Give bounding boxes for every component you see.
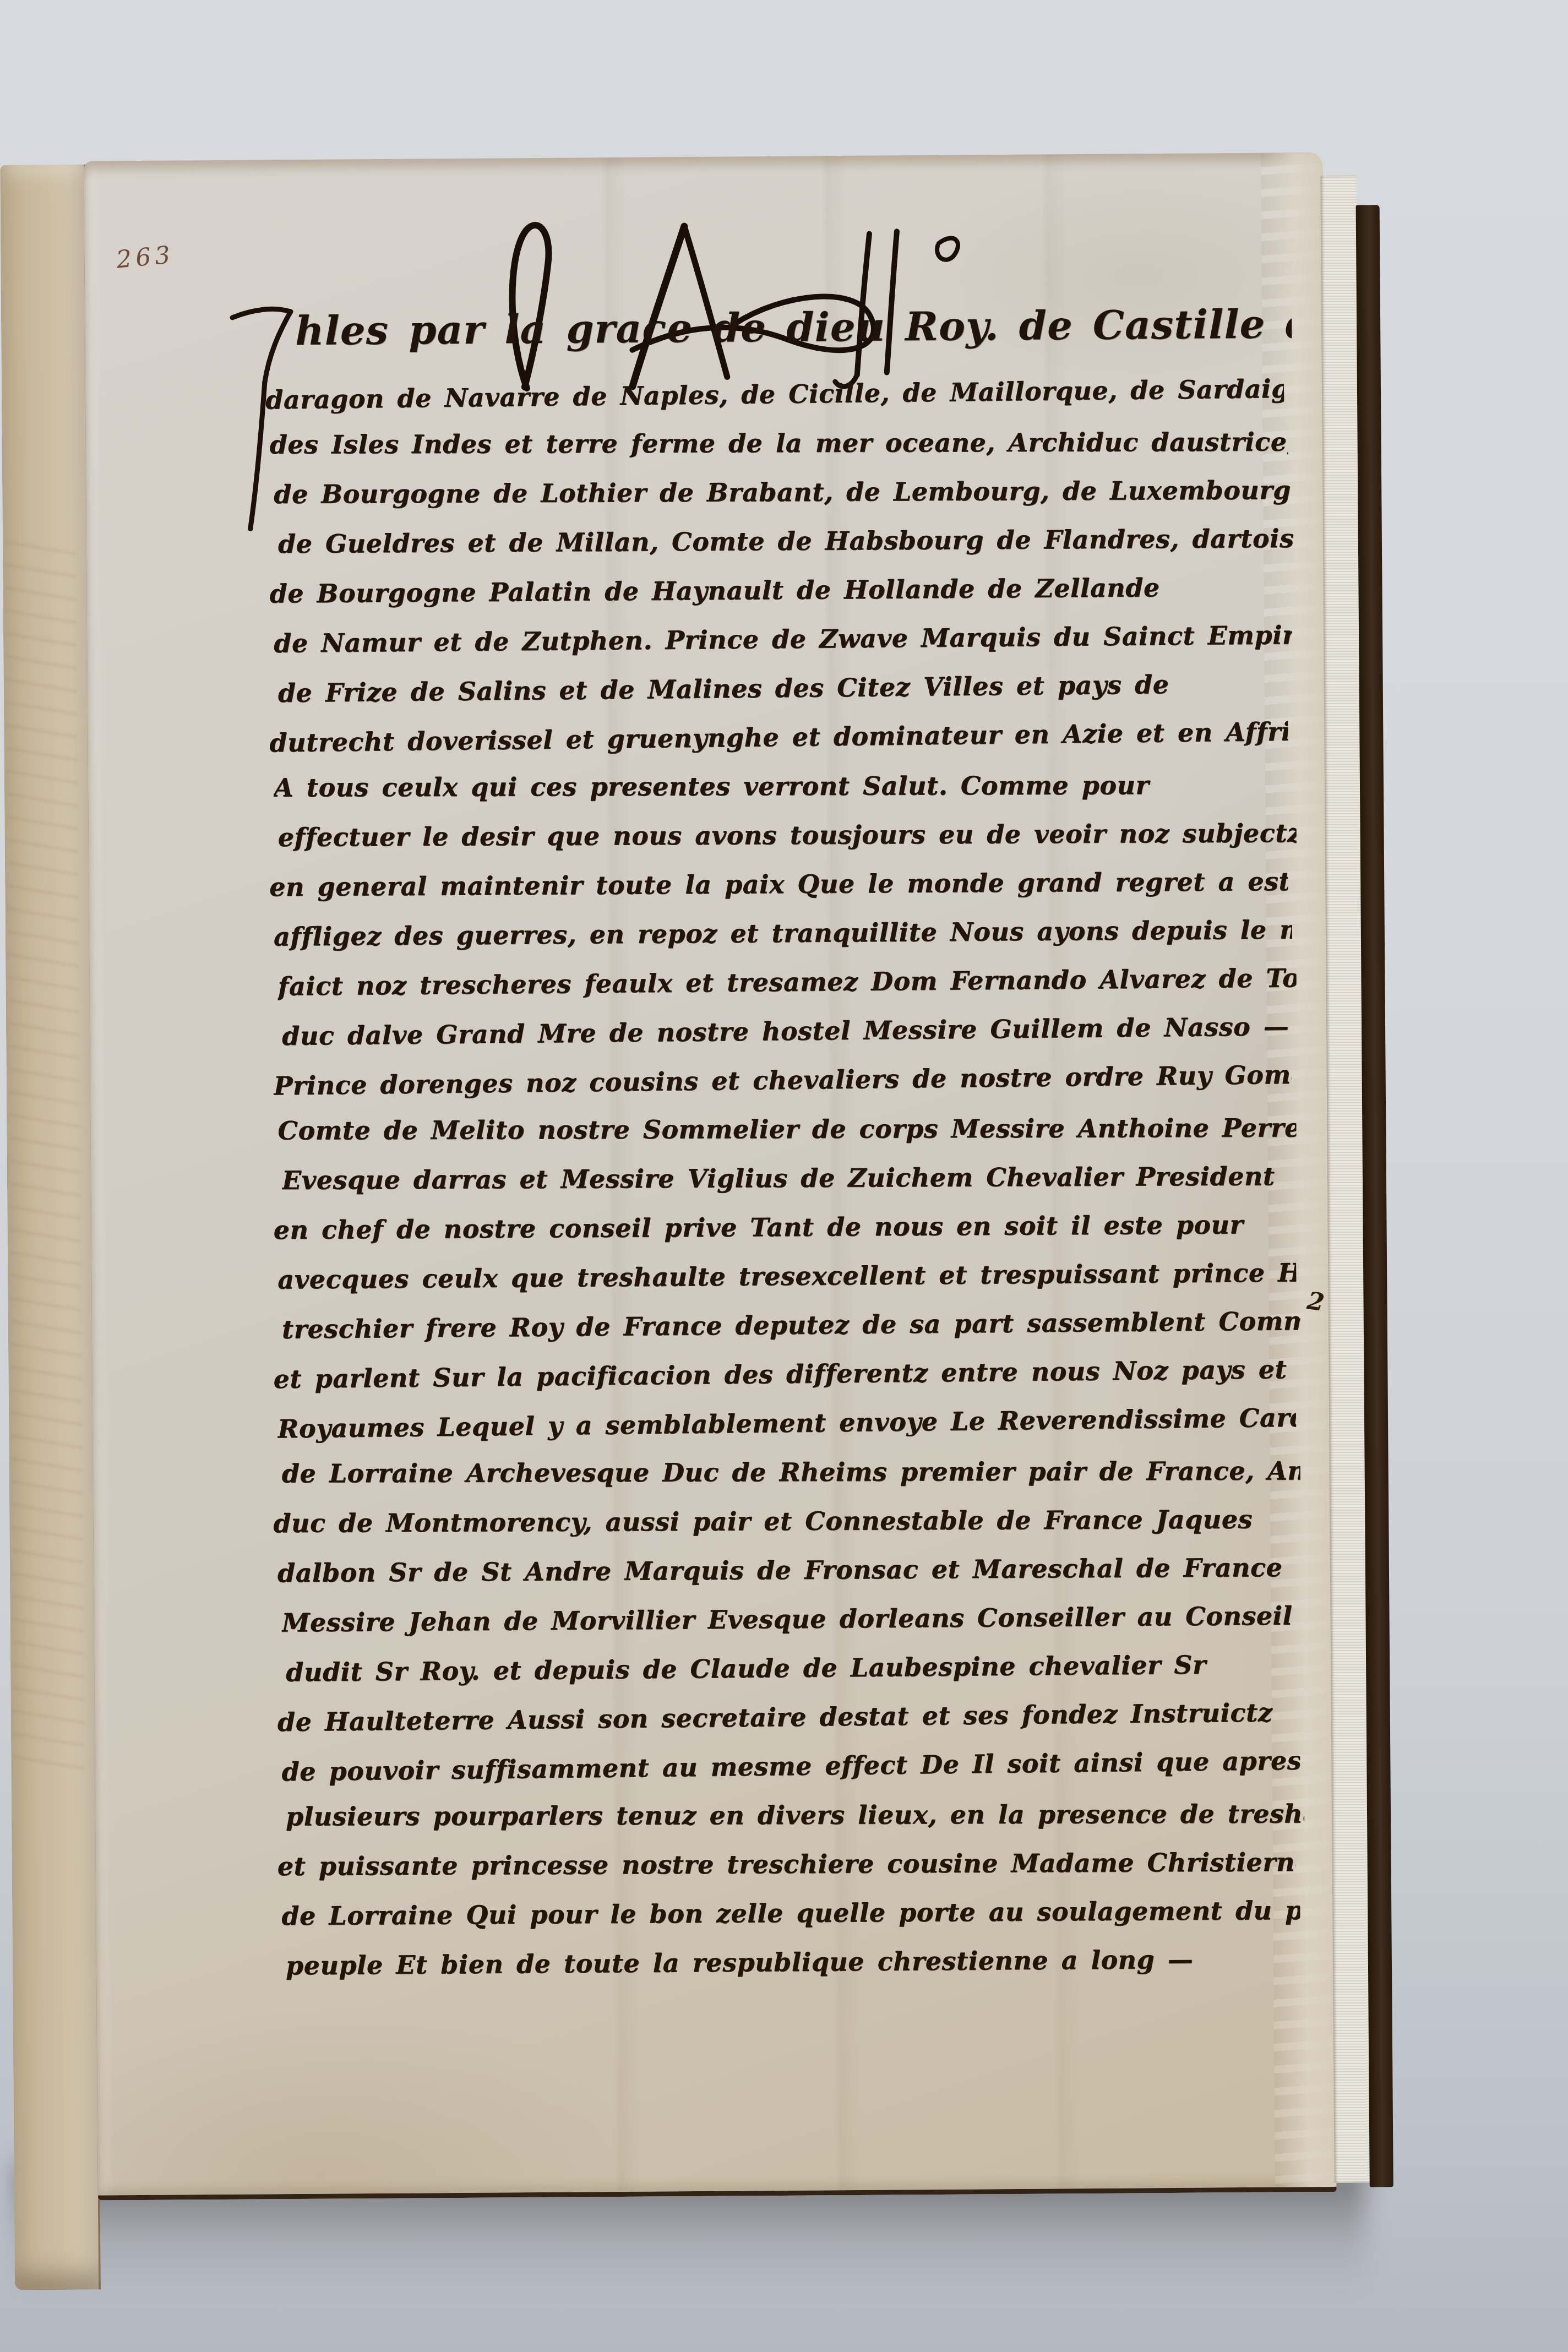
manuscript-line: de Haulteterre Aussi son secretaire dest…	[277, 1697, 1296, 1737]
manuscript-line: de Bourgogne Palatin de Haynault de Holl…	[269, 571, 1288, 608]
manuscript-line: Royaumes Lequel y a semblablement envoye…	[277, 1402, 1296, 1444]
manuscript-line: daragon de Navarre de Naples, de Cicille…	[265, 374, 1284, 415]
manuscript-line: affligez des guerres, en repoz et tranqu…	[274, 914, 1292, 951]
manuscript-line: dudit Sr Roy. et depuis de Claude de Lau…	[286, 1649, 1304, 1687]
folio-number: 263	[115, 241, 175, 274]
manuscript-line: de Lorraine Archevesque Duc de Rheims pr…	[282, 1456, 1300, 1488]
manuscript-line: et parlent Sur la pacificacion des diffe…	[273, 1354, 1292, 1394]
photo-scene: 263	[0, 0, 1568, 2352]
manuscript-line: Comte de Melito nostre Sommelier de corp…	[277, 1113, 1296, 1145]
manuscript-line: Evesque darras et Messire Viglius de Zui…	[282, 1161, 1300, 1195]
manuscript-line: avecques ceulx que treshaulte tresexcell…	[277, 1257, 1296, 1294]
manuscript-line: des Isles Indes et terre ferme de la mer…	[270, 427, 1288, 459]
manuscript-line: dalbon Sr de St Andre Marquis de Fronsac…	[277, 1553, 1296, 1588]
manuscript-line: dutrecht doverissel et gruenynghe et dom…	[269, 717, 1288, 758]
manuscript-line: treschier frere Roy de France deputez de…	[282, 1306, 1300, 1344]
manuscript-line: en general maintenir toute la paix Que l…	[269, 867, 1288, 902]
manuscript-line: peuple Et bien de toute la respublique c…	[286, 1943, 1304, 1980]
ink-showthrough	[5, 539, 85, 1778]
manuscript-line: de pouvoir suffisamment au mesme effect …	[281, 1745, 1300, 1787]
manuscript-line: plusieurs pourparlers tenuz en divers li…	[286, 1799, 1304, 1831]
manuscript-line: A tous ceulx qui ces presentes verront S…	[274, 770, 1292, 802]
manuscript-line: de Namur et de Zutphen. Prince de Zwave …	[274, 620, 1292, 658]
manuscript-line: de Frize de Salins et de Malines des Cit…	[278, 668, 1297, 708]
manuscript-line: faict noz trescheres feaulx et tresamez …	[277, 963, 1296, 1001]
manuscript-book: 263	[0, 152, 1393, 2198]
text-block: hles par la grace de dieu Roy. de Castil…	[270, 153, 1303, 2194]
manuscript-line: de Bourgogne de Lothier de Brabant, de L…	[274, 475, 1292, 509]
manuscript-line: en chef de nostre conseil prive Tant de …	[273, 1210, 1292, 1245]
manuscript-line: duc de Montmorency, aussi pair et Connes…	[273, 1504, 1292, 1538]
manuscript-line: effectuer le desir que nous avons tousjo…	[277, 818, 1296, 852]
manuscript-line: de Lorraine Qui pour le bon zelle quelle…	[281, 1896, 1300, 1931]
manuscript-line: et puissante princesse nostre treschiere…	[277, 1847, 1296, 1881]
heading-line: hles par la grace de dieu Roy. de Castil…	[295, 300, 1292, 354]
manuscript-line: Messire Jehan de Morvillier Evesque dorl…	[281, 1600, 1300, 1637]
manuscript-line: de Gueldres et de Millan, Comte de Habsb…	[278, 524, 1297, 559]
manuscript-line: duc dalve Grand Mre de nostre hostel Mes…	[282, 1011, 1300, 1051]
manuscript-line: Prince dorenges noz cousins et chevalier…	[273, 1060, 1292, 1101]
manuscript-page: 263	[84, 153, 1337, 2201]
